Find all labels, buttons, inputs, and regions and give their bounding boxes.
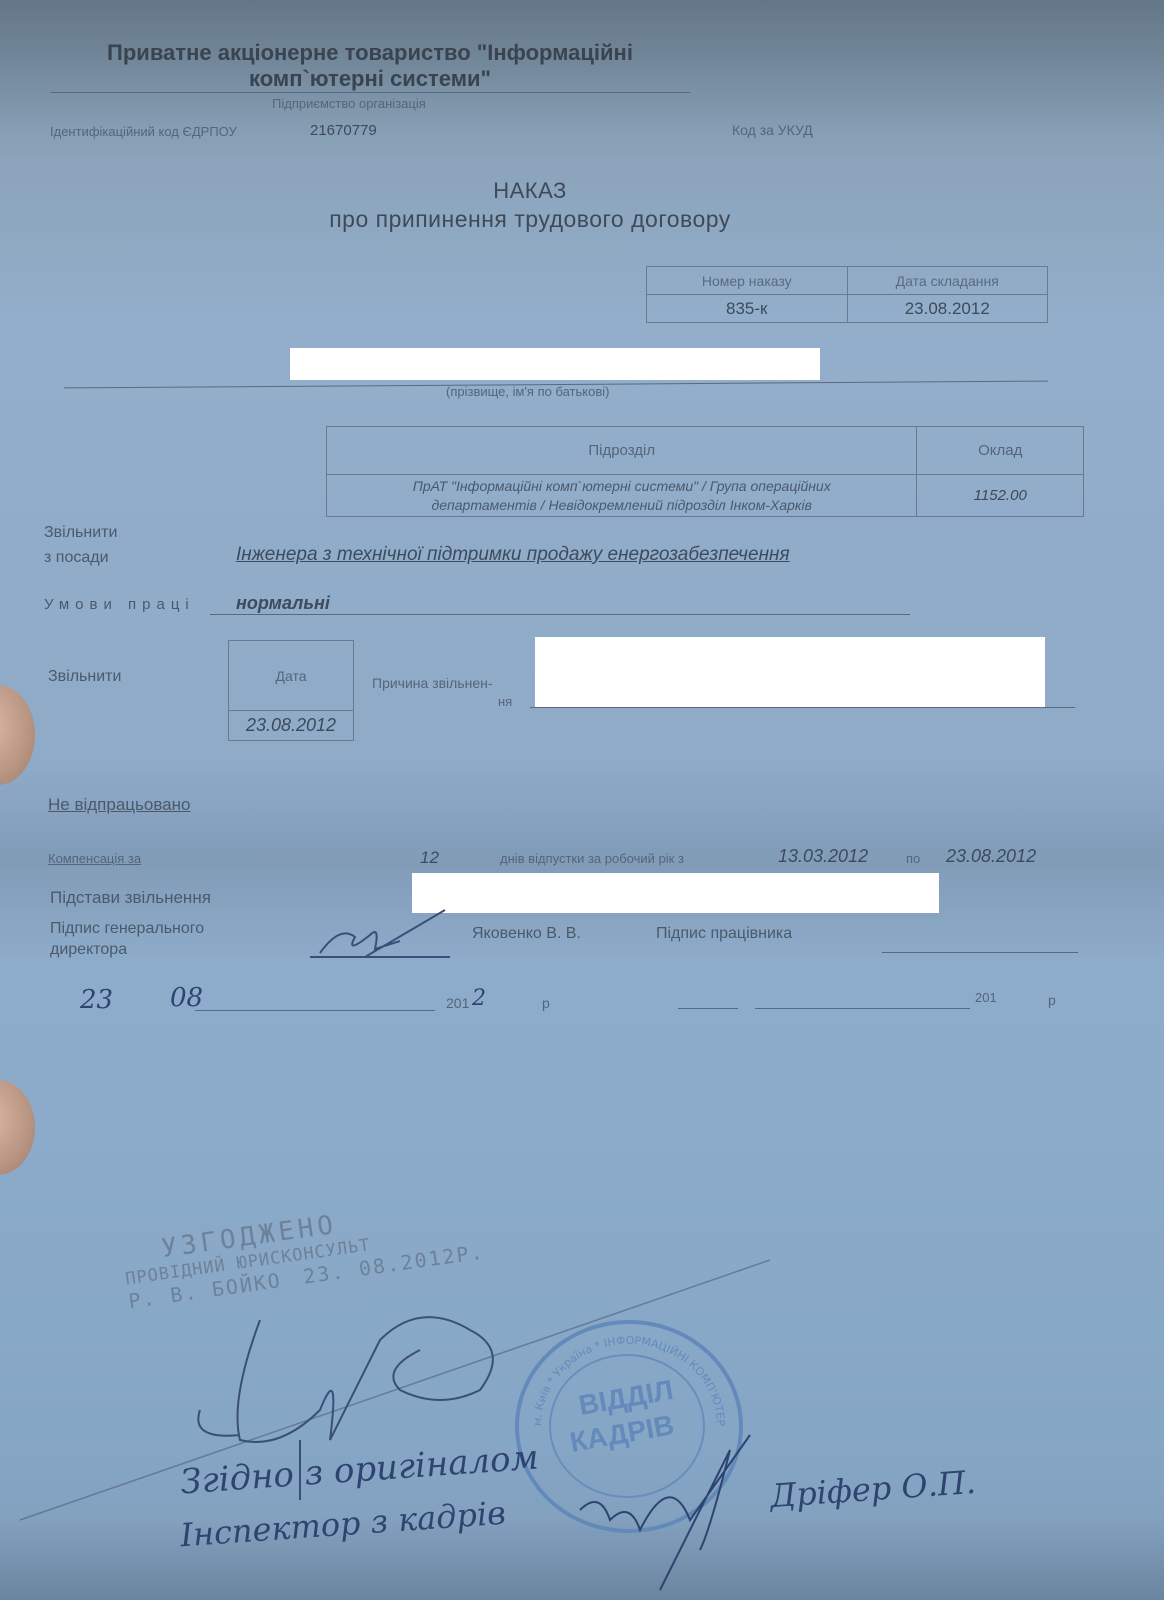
- org-name-line1: Приватне акціонерне товариство "Інформац…: [60, 40, 680, 66]
- director-name: Яковенко В. В.: [472, 925, 581, 943]
- employee-name-redacted: [290, 348, 820, 380]
- order-number-header: Номер наказу: [647, 267, 848, 295]
- date-day: 23: [80, 985, 113, 1015]
- order-number-value: 835-к: [647, 295, 848, 323]
- order-date-header: Дата складання: [847, 267, 1048, 295]
- reason-label-line1: Причина звільнен-: [372, 675, 493, 691]
- department-value-line2: департаментів / Невідокремлений підрозді…: [327, 496, 916, 515]
- order-number-table: Номер наказу Дата складання 835-к 23.08.…: [646, 266, 1048, 323]
- reason-label-line2: ня: [498, 694, 512, 709]
- date-year-unit: р: [542, 995, 550, 1011]
- conditions-line: [210, 614, 910, 615]
- date-year-suffix: 2: [472, 986, 486, 1011]
- inspector-signature: [560, 1430, 760, 1600]
- grounds-label: Підстави звільнення: [50, 888, 211, 908]
- department-value: ПрАТ "Інформаційні комп`ютерні системи" …: [327, 475, 917, 517]
- org-underline: [50, 92, 690, 93]
- department-header: Підрозділ: [327, 427, 917, 475]
- position-label-line1: Звільнити: [44, 524, 117, 542]
- reason-line: [530, 707, 1075, 708]
- compensation-to-label: по: [906, 851, 920, 866]
- employee-signature-label: Підпис працівника: [656, 925, 792, 943]
- org-caption: Підприємство організація: [272, 96, 426, 111]
- not-worked-label: Не відпрацьовано: [48, 795, 190, 815]
- blank-year-prefix: 201: [975, 990, 997, 1005]
- conditions-value: нормальні: [236, 593, 330, 614]
- reason-redacted: [535, 637, 1045, 707]
- compensation-text: днів відпустки за робочий рік з: [500, 851, 684, 866]
- position-label-line2: з посади: [44, 549, 109, 567]
- ukud-label: Код за УКУД: [732, 122, 813, 138]
- employee-name-caption: (прізвище, ім'я по батькові): [446, 384, 609, 399]
- department-table: Підрозділ Оклад ПрАТ "Інформаційні комп`…: [326, 426, 1084, 517]
- date-month: 08: [170, 983, 203, 1013]
- employee-signature-line: [882, 952, 1078, 953]
- finger-lower: [0, 1080, 35, 1175]
- dismissal-label: Звільнити: [48, 668, 121, 686]
- compensation-label: Компенсація за: [48, 851, 141, 866]
- edrpou-label: Ідентифікаційний код ЄДРПОУ: [50, 124, 237, 139]
- edrpou-value: 21670779: [310, 122, 377, 139]
- order-title: НАКАЗ: [280, 178, 780, 204]
- director-label-line1: Підпис генерального: [50, 920, 204, 938]
- order-subtitle: про припинення трудового договору: [280, 206, 780, 233]
- date-year-prefix: 201: [446, 995, 469, 1011]
- director-signature: [300, 905, 460, 965]
- grounds-redacted: [412, 873, 939, 913]
- director-label-line2: директора: [50, 941, 127, 959]
- salary-value: 1152.00: [917, 475, 1084, 517]
- position-value: Інженера з технічної підтримки продажу е…: [236, 544, 790, 566]
- blank-month-line: [755, 1008, 970, 1009]
- salary-header: Оклад: [917, 427, 1084, 475]
- org-name-line2: комп`ютерні системи": [60, 66, 680, 92]
- date-line: [195, 1010, 435, 1011]
- compensation-from: 13.03.2012: [778, 846, 868, 867]
- handwritten-inspector-name: Дріфер О.П.: [769, 1463, 977, 1515]
- dismissal-date-header: Дата: [229, 641, 354, 711]
- compensation-days: 12: [420, 848, 439, 868]
- blank-year-unit: р: [1048, 992, 1056, 1008]
- department-value-line1: ПрАТ "Інформаційні комп`ютерні системи" …: [327, 477, 916, 496]
- blank-day-line: [678, 1008, 738, 1009]
- conditions-label: Умови праці: [44, 596, 195, 613]
- dismissal-date-table: Дата 23.08.2012: [228, 640, 354, 741]
- dismissal-date-value: 23.08.2012: [229, 711, 354, 741]
- finger-upper: [0, 685, 35, 785]
- compensation-to: 23.08.2012: [946, 846, 1036, 867]
- order-date-value: 23.08.2012: [847, 295, 1048, 323]
